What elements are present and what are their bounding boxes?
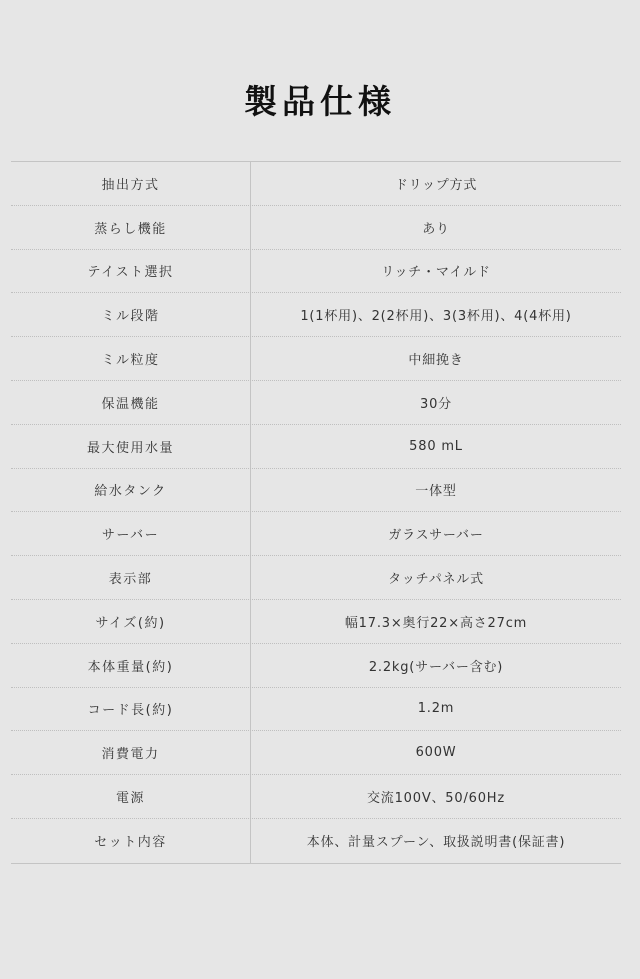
spec-value: ドリップ方式 xyxy=(251,162,621,205)
spec-row-max-water: 最大使用水量 580 mL xyxy=(11,425,621,469)
spec-label: ミル段階 xyxy=(11,293,251,336)
spec-label: 本体重量(約) xyxy=(11,644,251,687)
spec-label: 最大使用水量 xyxy=(11,425,251,468)
spec-label: 蒸らし機能 xyxy=(11,206,251,249)
spec-row-size: サイズ(約) 幅17.3×奥行22×高さ27cm xyxy=(11,600,621,644)
spec-value: ガラスサーバー xyxy=(251,512,621,555)
spec-row-server: サーバー ガラスサーバー xyxy=(11,512,621,556)
spec-value: 本体、計量スプーン、取扱説明書(保証書) xyxy=(251,819,621,863)
spec-label: 消費電力 xyxy=(11,731,251,774)
spec-value: あり xyxy=(251,206,621,249)
spec-value: 中細挽き xyxy=(251,337,621,380)
spec-row-water-tank: 給水タンク 一体型 xyxy=(11,469,621,513)
spec-value: 580 mL xyxy=(251,425,621,468)
spec-label: サイズ(約) xyxy=(11,600,251,643)
spec-label: 電源 xyxy=(11,775,251,818)
spec-row-extraction-method: 抽出方式 ドリップ方式 xyxy=(11,162,621,206)
spec-value: 一体型 xyxy=(251,469,621,512)
spec-value: 30分 xyxy=(251,381,621,424)
spec-label: 表示部 xyxy=(11,556,251,599)
spec-row-display: 表示部 タッチパネル式 xyxy=(11,556,621,600)
spec-value: 2.2kg(サーバー含む) xyxy=(251,644,621,687)
spec-label: 給水タンク xyxy=(11,469,251,512)
spec-value: 1(1杯用)、2(2杯用)、3(3杯用)、4(4杯用) xyxy=(251,293,621,336)
spec-row-package-contents: セット内容 本体、計量スプーン、取扱説明書(保証書) xyxy=(11,819,621,863)
spec-label: セット内容 xyxy=(11,819,251,863)
spec-label: ミル粒度 xyxy=(11,337,251,380)
spec-label: 保温機能 xyxy=(11,381,251,424)
spec-row-keep-warm: 保温機能 30分 xyxy=(11,381,621,425)
spec-row-steaming: 蒸らし機能 あり xyxy=(11,206,621,250)
spec-label: コード長(約) xyxy=(11,688,251,731)
spec-value: 交流100V、50/60Hz xyxy=(251,775,621,818)
spec-label: テイスト選択 xyxy=(11,250,251,293)
spec-row-weight: 本体重量(約) 2.2kg(サーバー含む) xyxy=(11,644,621,688)
spec-row-grind-size: ミル粒度 中細挽き xyxy=(11,337,621,381)
spec-value: リッチ・マイルド xyxy=(251,250,621,293)
spec-row-mill-levels: ミル段階 1(1杯用)、2(2杯用)、3(3杯用)、4(4杯用) xyxy=(11,293,621,337)
spec-row-cord-length: コード長(約) 1.2m xyxy=(11,688,621,732)
spec-row-taste-select: テイスト選択 リッチ・マイルド xyxy=(11,250,621,294)
spec-table: 抽出方式 ドリップ方式 蒸らし機能 あり テイスト選択 リッチ・マイルド ミル段… xyxy=(11,161,621,864)
spec-value: タッチパネル式 xyxy=(251,556,621,599)
page-title: 製品仕様 xyxy=(0,72,640,132)
spec-value: 1.2m xyxy=(251,688,621,731)
spec-row-power-source: 電源 交流100V、50/60Hz xyxy=(11,775,621,819)
spec-label: サーバー xyxy=(11,512,251,555)
spec-row-power-consumption: 消費電力 600W xyxy=(11,731,621,775)
spec-value: 幅17.3×奥行22×高さ27cm xyxy=(251,600,621,643)
spec-label: 抽出方式 xyxy=(11,162,251,205)
spec-value: 600W xyxy=(251,731,621,774)
